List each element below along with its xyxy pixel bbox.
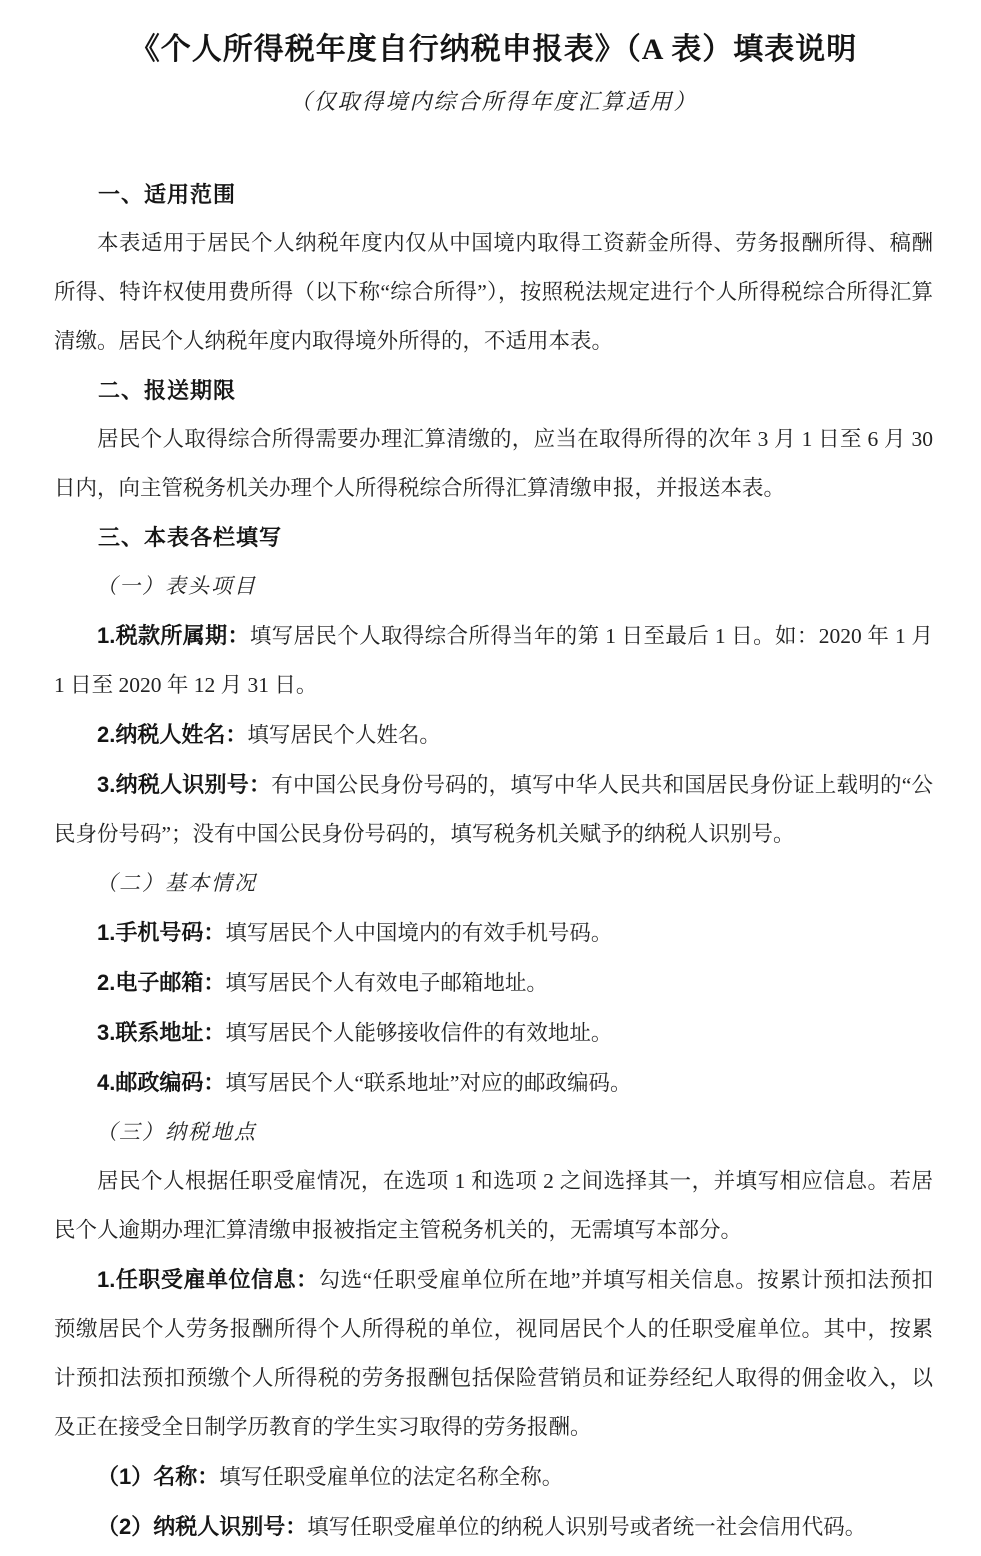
subitem-employer-id-label: （2）纳税人识别号： (97, 1514, 307, 1539)
item-employer-info: 1.任职受雇单位信息：勾选“任职受雇单位所在地”并填写相关信息。按累计预扣法预扣… (54, 1255, 933, 1452)
doc-title: 《个人所得税年度自行纳税申报表》（A 表）填表说明 (54, 30, 933, 70)
item-taxpayer-id: 3.纳税人识别号：有中国公民身份号码的，填写中华人民共和国居民身份证上载明的“公… (54, 760, 933, 859)
item-postal-code-label: 4.邮政编码： (97, 1070, 225, 1095)
item-taxpayer-name: 2.纳税人姓名：填写居民个人姓名。 (54, 710, 933, 760)
section-1-heading: 一、适用范围 (54, 170, 933, 219)
item-email: 2.电子邮箱：填写居民个人有效电子邮箱地址。 (54, 958, 933, 1008)
section-2-heading: 二、报送期限 (54, 366, 933, 415)
item-contact-address-text: 填写居民个人能够接收信件的有效地址。 (225, 1021, 612, 1045)
item-employer-info-text: 勾选“任职受雇单位所在地”并填写相关信息。按累计预扣法预扣预缴居民个人劳务报酬所… (54, 1268, 933, 1439)
item-contact-address: 3.联系地址：填写居民个人能够接收信件的有效地址。 (54, 1008, 933, 1058)
subitem-employer-name: （1）名称：填写任职受雇单位的法定名称全称。 (54, 1452, 933, 1502)
item-taxpayer-name-text: 填写居民个人姓名。 (247, 723, 441, 747)
section-1-paragraph: 本表适用于居民个人纳税年度内仅从中国境内取得工资薪金所得、劳务报酬所得、稿酬所得… (54, 219, 933, 366)
item-mobile-number-text: 填写居民个人中国境内的有效手机号码。 (225, 921, 612, 945)
subitem-employer-id: （2）纳税人识别号：填写任职受雇单位的纳税人识别号或者统一社会信用代码。 (54, 1502, 933, 1552)
item-mobile-number: 1.手机号码：填写居民个人中国境内的有效手机号码。 (54, 908, 933, 958)
subsection-basic-info-heading: （二）基本情况 (54, 859, 933, 908)
item-postal-code-text: 填写居民个人“联系地址”对应的邮政编码。 (225, 1071, 631, 1095)
subsection-tax-location-heading: （三）纳税地点 (54, 1108, 933, 1157)
doc-subtitle: （仅取得境内综合所得年度汇算适用） (54, 86, 933, 117)
item-mobile-number-label: 1.手机号码： (97, 920, 225, 945)
item-postal-code: 4.邮政编码：填写居民个人“联系地址”对应的邮政编码。 (54, 1058, 933, 1108)
section-2-paragraph: 居民个人取得综合所得需要办理汇算清缴的，应当在取得所得的次年 3 月 1 日至 … (54, 415, 933, 513)
subitem-employer-id-text: 填写任职受雇单位的纳税人识别号或者统一社会信用代码。 (307, 1515, 866, 1539)
item-taxpayer-name-label: 2.纳税人姓名： (97, 722, 247, 747)
item-email-text: 填写居民个人有效电子邮箱地址。 (225, 971, 548, 995)
doc-body: 一、适用范围 本表适用于居民个人纳税年度内仅从中国境内取得工资薪金所得、劳务报酬… (54, 170, 933, 1552)
subitem-employer-name-label: （1）名称： (97, 1464, 219, 1489)
item-employer-info-label: 1.任职受雇单位信息： (97, 1267, 319, 1292)
item-taxpayer-id-label: 3.纳税人识别号： (97, 772, 271, 797)
document-page: 《个人所得税年度自行纳税申报表》（A 表）填表说明 （仅取得境内综合所得年度汇算… (0, 0, 981, 1556)
item-contact-address-label: 3.联系地址： (97, 1020, 225, 1045)
item-email-label: 2.电子邮箱： (97, 970, 225, 995)
item-tax-period: 1.税款所属期：填写居民个人取得综合所得当年的第 1 日至最后 1 日。如：20… (54, 611, 933, 710)
section-3-heading: 三、本表各栏填写 (54, 513, 933, 562)
item-tax-period-label: 1.税款所属期： (97, 623, 250, 648)
subsection-header-items-heading: （一）表头项目 (54, 562, 933, 611)
subitem-employer-name-text: 填写任职受雇单位的法定名称全称。 (219, 1465, 563, 1489)
tax-location-paragraph: 居民个人根据任职受雇情况，在选项 1 和选项 2 之间选择其一，并填写相应信息。… (54, 1157, 933, 1255)
